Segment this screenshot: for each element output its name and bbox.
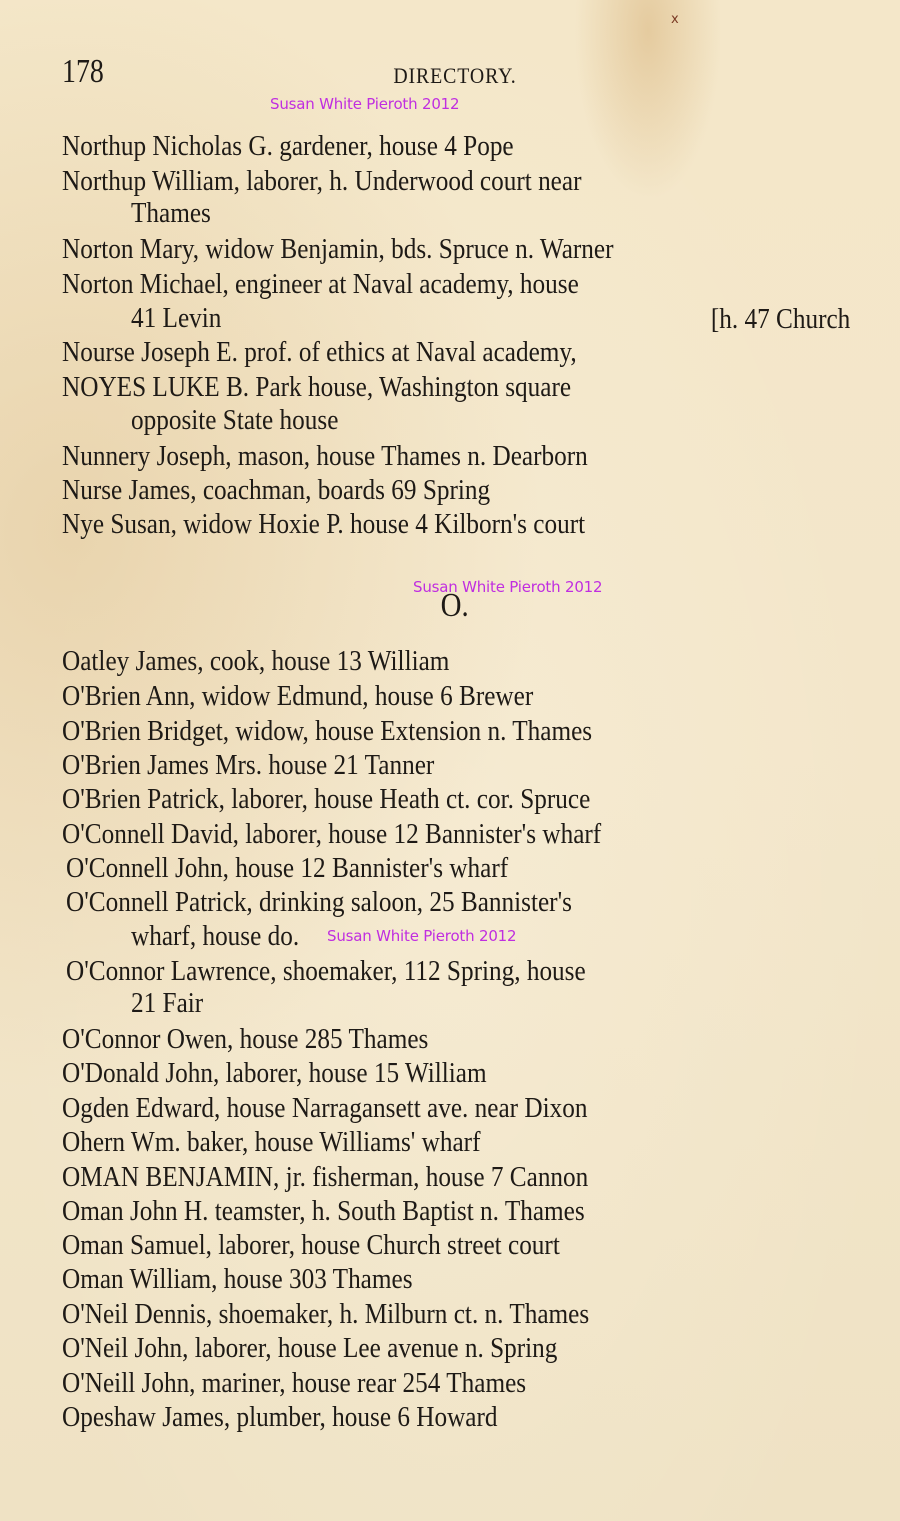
directory-entry: O'Brien Ann, widow Edmund, house 6 Brewe… [62, 679, 533, 713]
directory-entry-continuation: 41 Levin [131, 301, 221, 335]
directory-entry: O'Connor Owen, house 285 Thames [62, 1022, 428, 1056]
directory-entry: Norton Mary, widow Benjamin, bds. Spruce… [62, 232, 614, 266]
directory-entry: Ogden Edward, house Narragansett ave. ne… [62, 1091, 587, 1125]
directory-entry: Oman William, house 303 Thames [62, 1262, 413, 1296]
directory-page: x 178 DIRECTORY. Susan White Pieroth 201… [0, 0, 900, 1521]
directory-entry: Nurse James, coachman, boards 69 Spring [62, 473, 490, 507]
directory-entry: Norton Michael, engineer at Naval academ… [62, 267, 579, 301]
directory-entry: Oatley James, cook, house 13 William [62, 644, 449, 678]
directory-entry-continuation: Thames [131, 196, 211, 230]
directory-entry-continuation: 21 Fair [131, 986, 203, 1020]
directory-entry: O'Brien James Mrs. house 21 Tanner [62, 748, 434, 782]
directory-entry: Nourse Joseph E. prof. of ethics at Nava… [62, 335, 577, 369]
directory-entry: O'Donald John, laborer, house 15 William [62, 1056, 487, 1090]
watermark: Susan White Pieroth 2012 [413, 578, 602, 596]
running-head: DIRECTORY. [0, 62, 900, 90]
directory-entry: Nye Susan, widow Hoxie P. house 4 Kilbor… [62, 507, 585, 541]
directory-entry: O'Neill John, mariner, house rear 254 Th… [62, 1366, 526, 1400]
directory-entry: Northup Nicholas G. gardener, house 4 Po… [62, 129, 514, 163]
directory-entry-continuation: wharf, house do. [131, 919, 299, 953]
directory-entry: O'Connor Lawrence, shoemaker, 112 Spring… [66, 954, 586, 988]
directory-entry-continuation: opposite State house [131, 403, 338, 437]
directory-entry: Opeshaw James, plumber, house 6 Howard [62, 1400, 498, 1434]
directory-entry: O'Connell David, laborer, house 12 Banni… [62, 817, 601, 851]
directory-entry: O'Neil Dennis, shoemaker, h. Milburn ct.… [62, 1297, 589, 1331]
directory-entry: O'Connell John, house 12 Bannister's wha… [66, 851, 508, 885]
stray-pencil-mark: x [671, 12, 679, 27]
directory-entry-bracket-continuation: [h. 47 Church [711, 302, 850, 336]
directory-entry: Oman John H. teamster, h. South Baptist … [62, 1194, 585, 1228]
watermark: Susan White Pieroth 2012 [270, 95, 459, 113]
directory-entry: O'Neil John, laborer, house Lee avenue n… [62, 1331, 557, 1365]
running-head-text: DIRECTORY. [384, 62, 516, 90]
directory-entry: Northup William, laborer, h. Underwood c… [62, 164, 581, 198]
directory-entry: OMAN BENJAMIN, jr. fisherman, house 7 Ca… [62, 1160, 588, 1194]
directory-entry: Oman Samuel, laborer, house Church stree… [62, 1228, 560, 1262]
watermark: Susan White Pieroth 2012 [327, 927, 516, 945]
directory-entry: Ohern Wm. baker, house Williams' wharf [62, 1125, 480, 1159]
directory-entry: Nunnery Joseph, mason, house Thames n. D… [62, 439, 588, 473]
directory-entry: NOYES LUKE B. Park house, Washington squ… [62, 370, 571, 404]
directory-entry: O'Brien Patrick, laborer, house Heath ct… [62, 782, 590, 816]
directory-entry: O'Connell Patrick, drinking saloon, 25 B… [66, 885, 572, 919]
directory-entry: O'Brien Bridget, widow, house Extension … [62, 714, 592, 748]
